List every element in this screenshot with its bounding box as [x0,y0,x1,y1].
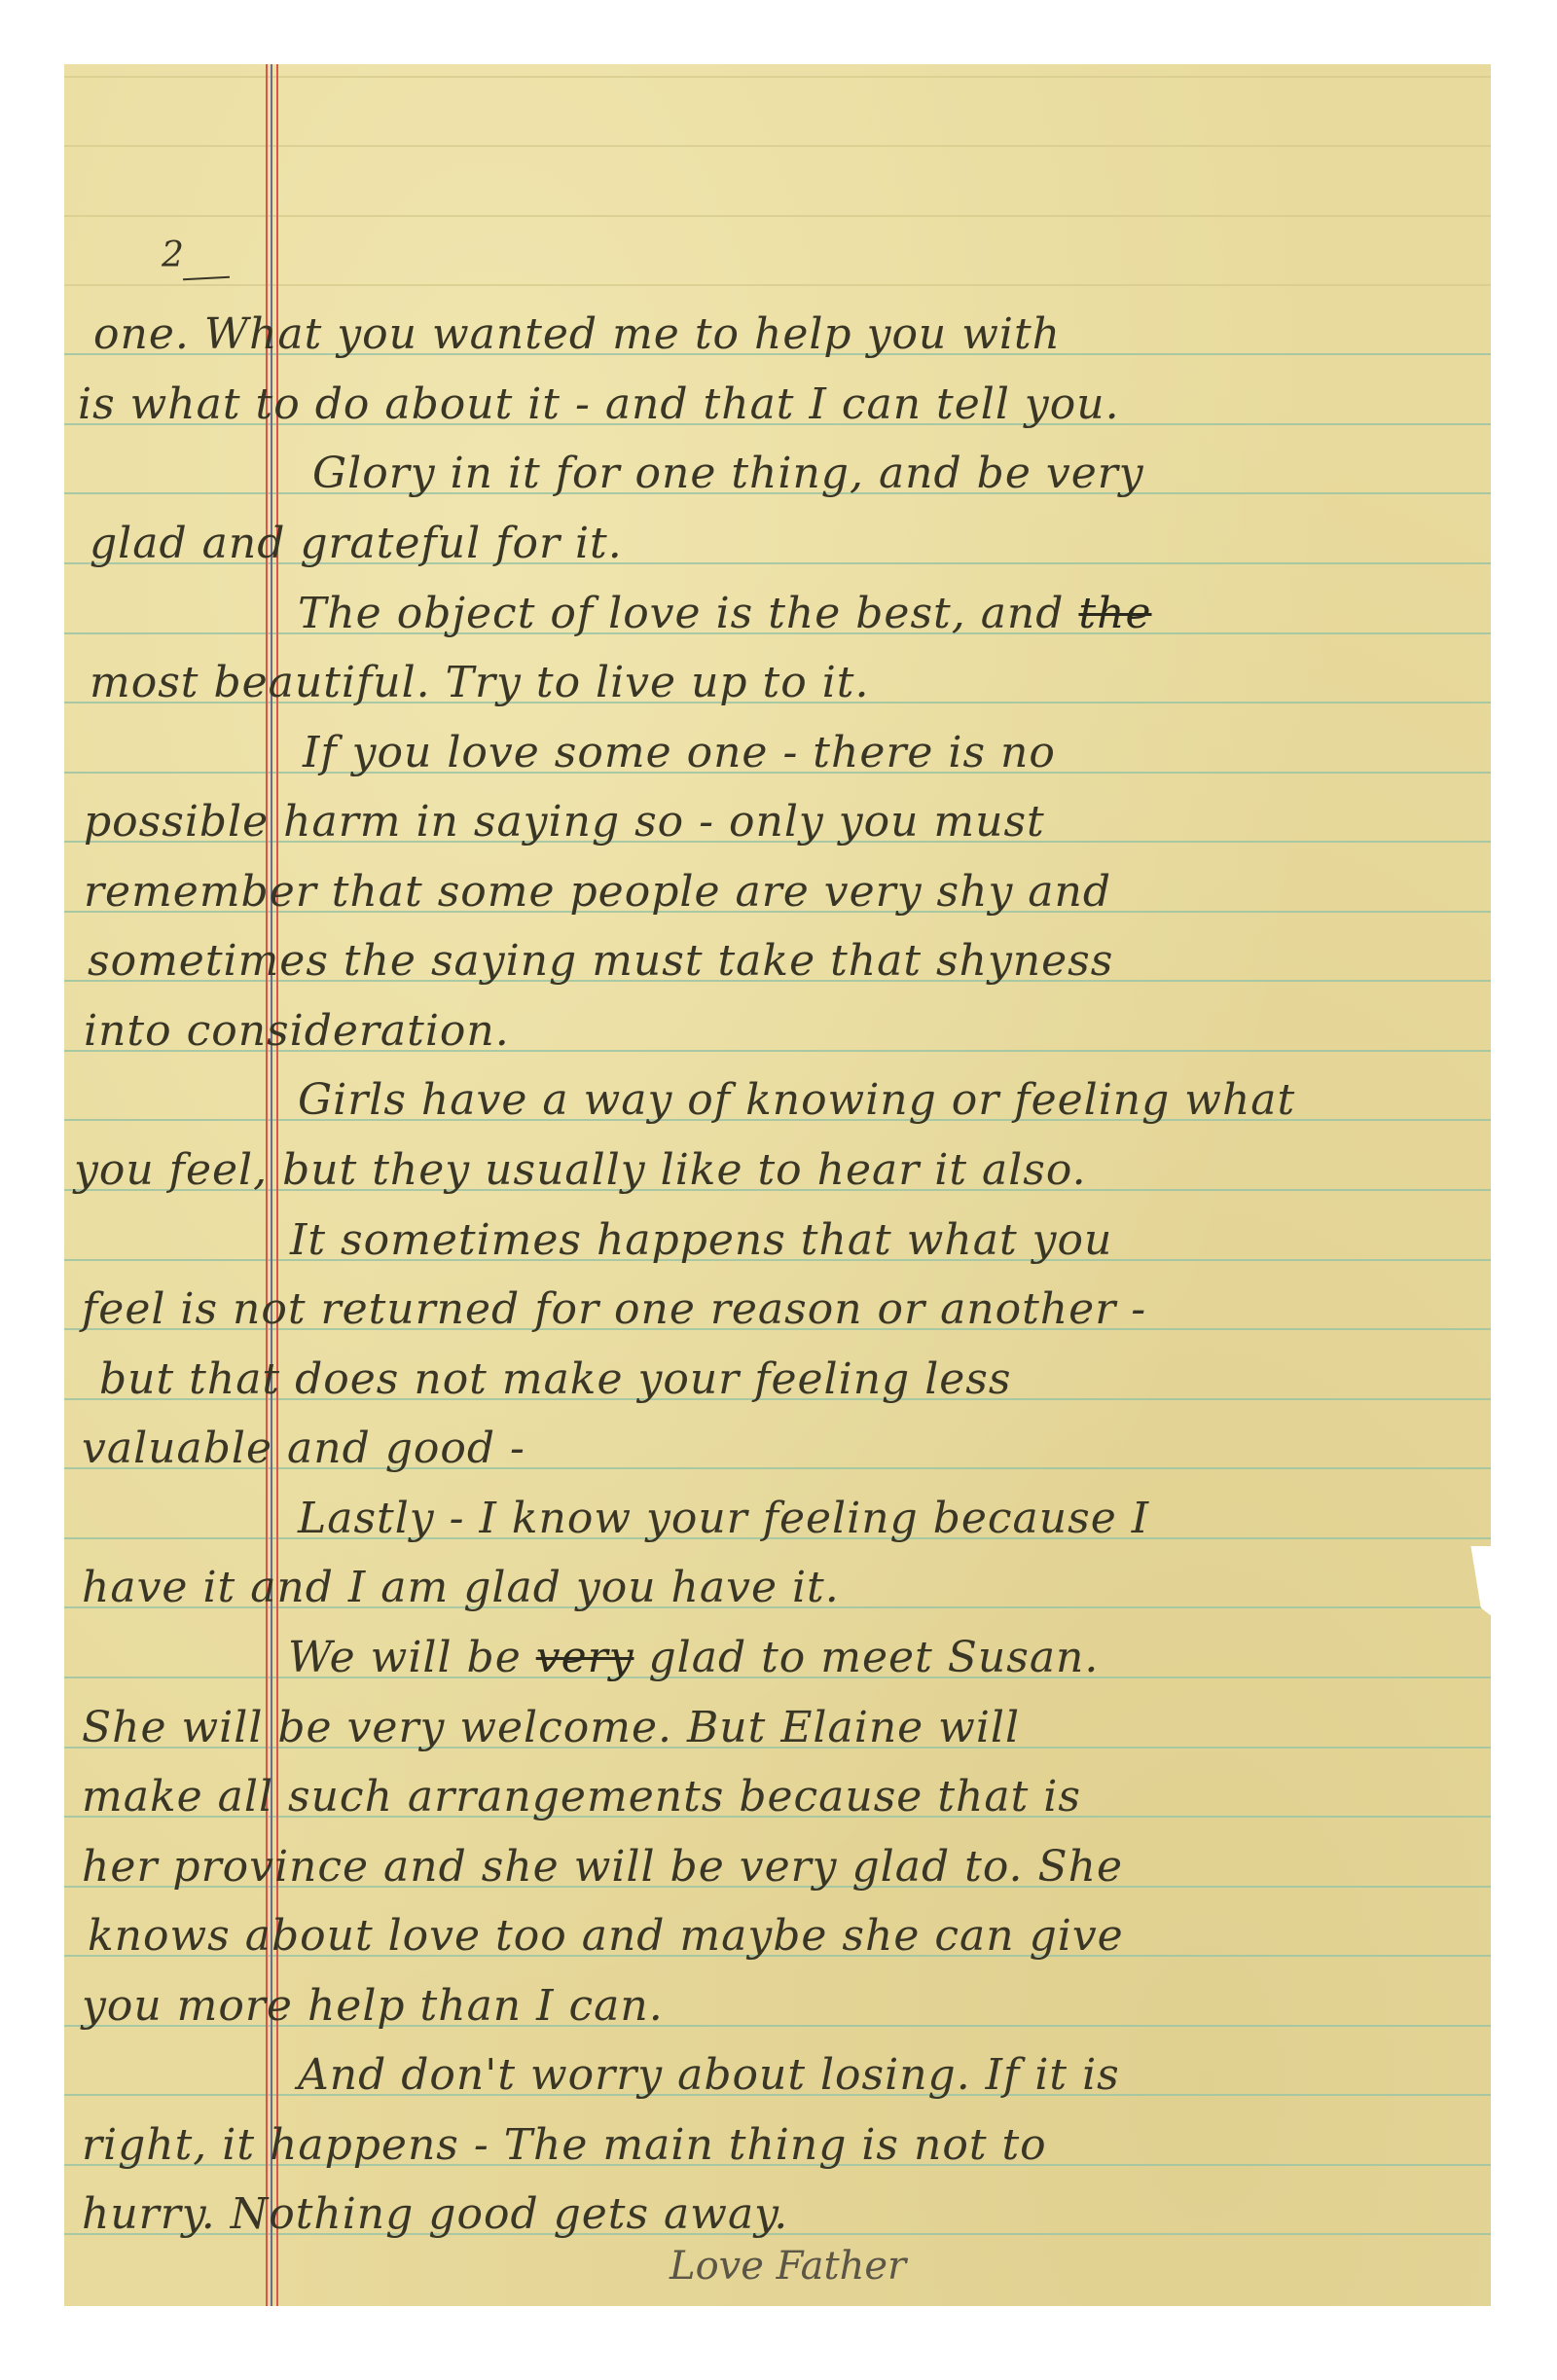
letter-line-16: but that does not make your feeling less [99,1358,1011,1401]
letter-line-3: Glory in it for one thing, and be very [312,452,1144,495]
letter-line-4: glad and grateful for it. [90,523,623,565]
struck-word: very [536,1633,634,1682]
letter-line-18: Lastly - I know your feeling because I [298,1497,1149,1540]
ruled-line [64,215,1491,217]
ruled-line [64,76,1491,78]
letter-line-5: The object of love is the best, and the [298,593,1151,635]
letter-line-21: She will be very welcome. But Elaine wil… [82,1707,1020,1749]
page-number: 2 [162,235,184,275]
page-number-underline [183,276,230,281]
letter-line-6: most beautiful. Try to live up to it. [90,662,869,704]
letter-line-26: And don't worry about losing. If it is [298,2054,1120,2097]
letter-line-15: feel is not returned for one reason or a… [82,1288,1146,1331]
legal-pad-page: 2 one. What you wanted me to help you wi… [64,64,1491,2306]
letter-line-22: make all such arrangements because that … [82,1776,1081,1819]
letter-line-7: If you love some one - there is no [303,732,1056,775]
letter-line-13: you feel, but they usually like to hear … [74,1149,1087,1192]
letter-line-11: into consideration. [84,1010,510,1053]
letter-line-24: knows about love too and maybe she can g… [88,1915,1124,1958]
letter-line-19: have it and I am glad you have it. [82,1567,840,1609]
letter-line-10: sometimes the saying must take that shyn… [88,940,1113,983]
letter-line-12: Girls have a way of knowing or feeling w… [298,1079,1295,1122]
letter-line-20: We will be very glad to meet Susan. [288,1637,1099,1679]
letter-line-17: valuable and good - [82,1427,525,1470]
ruled-line [64,145,1491,147]
letter-line-28: hurry. Nothing good gets away. [82,2193,788,2236]
letter-line-25: you more help than I can. [82,1985,664,2028]
ruled-line [64,284,1491,286]
letter-line-9: remember that some people are very shy a… [84,871,1111,914]
letter-line-2: is what to do about it - and that I can … [78,383,1120,426]
signature: Love Father [670,2244,906,2289]
letter-line-1: one. What you wanted me to help you with [93,313,1061,356]
letter-line-23: her province and she will be very glad t… [82,1846,1123,1889]
letter-line-8: possible harm in saying so - only you mu… [84,801,1045,844]
struck-word: the [1078,589,1151,638]
letter-line-27: right, it happens - The main thing is no… [82,2124,1047,2167]
letter-line-14: It sometimes happens that what you [290,1219,1112,1262]
